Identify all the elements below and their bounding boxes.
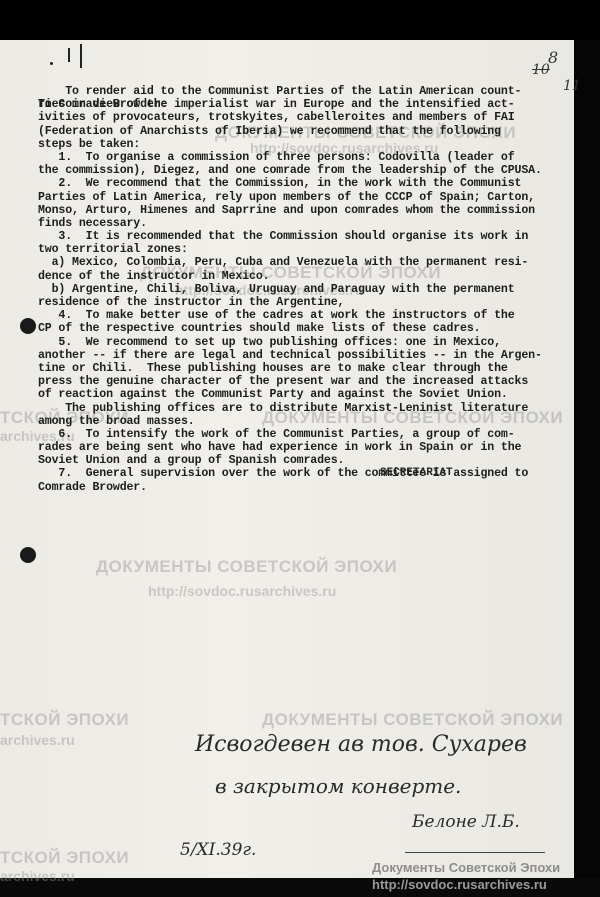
typed-line: Comrade Browder. bbox=[38, 481, 578, 494]
watermark-title: ДОКУМЕНТЫ СОВЕТСКОЙ ЭПОХИ bbox=[96, 557, 397, 577]
typed-line: (Federation of Anarchists of Iberia) we … bbox=[38, 125, 578, 138]
typed-line: tine or Chili. These publishing houses a… bbox=[38, 362, 578, 375]
typed-line: ivities of provocateurs, trotskyites, ca… bbox=[38, 111, 578, 124]
signature-underline bbox=[405, 852, 545, 853]
typed-line: 2. We recommend that the Commission, in … bbox=[38, 177, 578, 190]
handwritten-note-line2: в закрытом конверте. bbox=[215, 774, 461, 798]
typed-line: dence of the instructor in Mexico. bbox=[38, 270, 578, 283]
corner-watermark-url: http://sovdoc.rusarchives.ru bbox=[372, 877, 547, 892]
typed-line: To render aid to the Communist Parties o… bbox=[38, 85, 578, 98]
watermark-fragment-title: ТСКОЙ ЭПОХИ bbox=[0, 848, 129, 868]
signature-secretariat: SECRETARIAT bbox=[380, 467, 453, 479]
pencil-dot bbox=[50, 62, 53, 65]
handwritten-signature: Белоне Л.Б. bbox=[412, 812, 520, 832]
handwritten-date: 5/XI.39г. bbox=[180, 840, 256, 860]
typed-line: rades are being sent who have had experi… bbox=[38, 441, 578, 454]
punch-hole bbox=[20, 318, 36, 334]
letter-body: To render aid to the Communist Parties o… bbox=[38, 85, 578, 494]
watermark-fragment-url: archives.ru bbox=[0, 868, 75, 884]
typed-line: steps be taken: bbox=[38, 138, 578, 151]
typed-line: Monso, Arturo, Himenes and Saprrine and … bbox=[38, 204, 578, 217]
typed-line: a) Mexico, Colombia, Peru, Cuba and Vene… bbox=[38, 256, 578, 269]
typed-line: two territorial zones: bbox=[38, 243, 578, 256]
typed-line: ries in view of the imperialist war in E… bbox=[38, 98, 578, 111]
typed-line: 7. General supervision over the work of … bbox=[38, 467, 578, 480]
typed-line: another -- if there are legal and techni… bbox=[38, 349, 578, 362]
typed-line: 6. To intensify the work of the Communis… bbox=[38, 428, 578, 441]
watermark-fragment-title: ТСКОЙ ЭПОХИ bbox=[0, 710, 129, 730]
typed-line: residence of the instructor in the Argen… bbox=[38, 296, 578, 309]
typed-line: press the genuine character of the prese… bbox=[38, 375, 578, 388]
pencil-mark bbox=[68, 48, 70, 62]
typed-line: the commission), Diegez, and one comrade… bbox=[38, 164, 578, 177]
typed-line: The publishing offices are to distribute… bbox=[38, 402, 578, 415]
typed-line: CP of the respective countries should ma… bbox=[38, 322, 578, 335]
watermark-url: http://sovdoc.rusarchives.ru bbox=[148, 583, 336, 599]
watermark-fragment-url: archives.ru bbox=[0, 732, 75, 748]
typed-line: Soviet Union and a group of Spanish comr… bbox=[38, 454, 578, 467]
typed-line: 5. We recommend to set up two publishing… bbox=[38, 336, 578, 349]
punch-hole bbox=[20, 547, 36, 563]
handwritten-note-line1: Исвогдевен ав тов. Сухарев bbox=[195, 732, 527, 757]
typed-line: Parties of Latin America, rely upon memb… bbox=[38, 191, 578, 204]
corner-watermark-title: Документы Советской Эпохи bbox=[372, 860, 560, 875]
typed-line: 1. To organise a commission of three per… bbox=[38, 151, 578, 164]
typed-line: among the broad masses. bbox=[38, 415, 578, 428]
typed-line: of reaction against the Communist Party … bbox=[38, 388, 578, 401]
typed-line: 4. To make better use of the cadres at w… bbox=[38, 309, 578, 322]
pencil-mark bbox=[80, 44, 82, 68]
watermark-title: ДОКУМЕНТЫ СОВЕТСКОЙ ЭПОХИ bbox=[262, 710, 563, 730]
typed-line: b) Argentine, Chili, Boliva, Uruguay and… bbox=[38, 283, 578, 296]
typed-line: 3. It is recommended that the Commission… bbox=[38, 230, 578, 243]
typed-line: finds necessary. bbox=[38, 217, 578, 230]
